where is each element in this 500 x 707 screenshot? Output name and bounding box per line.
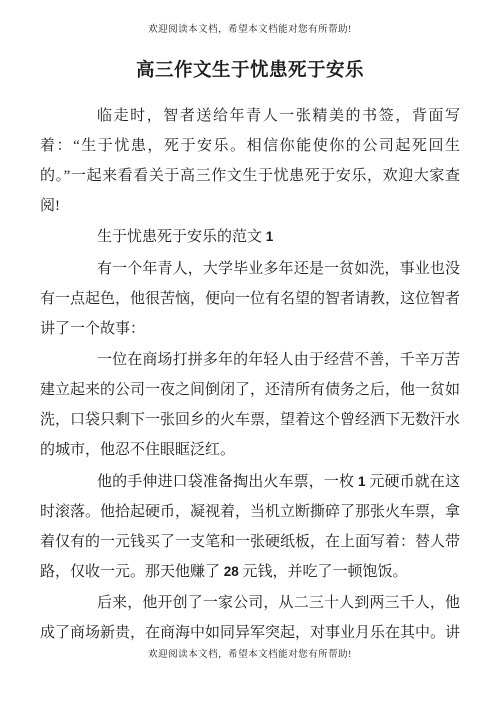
paragraph-coin-story: 他的手伸进口袋准备掏出火车票，一枚 1 元硬币就在这时滚落。他拾起硬币，凝视着，… <box>40 467 460 587</box>
document-title: 高三作文生于忧患死于安乐 <box>0 57 500 85</box>
document-body: 临走时，智者送给年青人一张精美的书签，背面写着：“生于忧患，死于安乐。相信你能使… <box>40 101 460 646</box>
document-page: 欢迎阅读本文档，希望本文档能对您有所帮助! 高三作文生于忧患死于安乐 临走时，智… <box>0 0 500 707</box>
paragraph-intro: 临走时，智者送给年青人一张精美的书签，背面写着：“生于忧患，死于安乐。相信你能使… <box>40 101 460 221</box>
footer-note: 欢迎阅读本文档，希望本文档能对您有所帮助! <box>0 649 500 661</box>
paragraph-subtitle: 生于忧患死于安乐的范文 1 <box>40 222 460 252</box>
paragraph-businessman-failure: 一位在商场打拼多年的年轻人由于经营不善，千辛万苦建立起来的公司一夜之间倒闭了，还… <box>40 345 460 465</box>
header-note: 欢迎阅读本文档，希望本文档能对您有所帮助! <box>0 0 500 36</box>
paragraph-story-setup: 有一个年青人，大学毕业多年还是一贫如洗，事业也没有一点起色，他很苦恼，便向一位有… <box>40 254 460 344</box>
paragraph-success-ending: 后来，他开创了一家公司，从二三十人到两三千人，他成了商场新贵，在商海中如同异军突… <box>40 588 460 646</box>
